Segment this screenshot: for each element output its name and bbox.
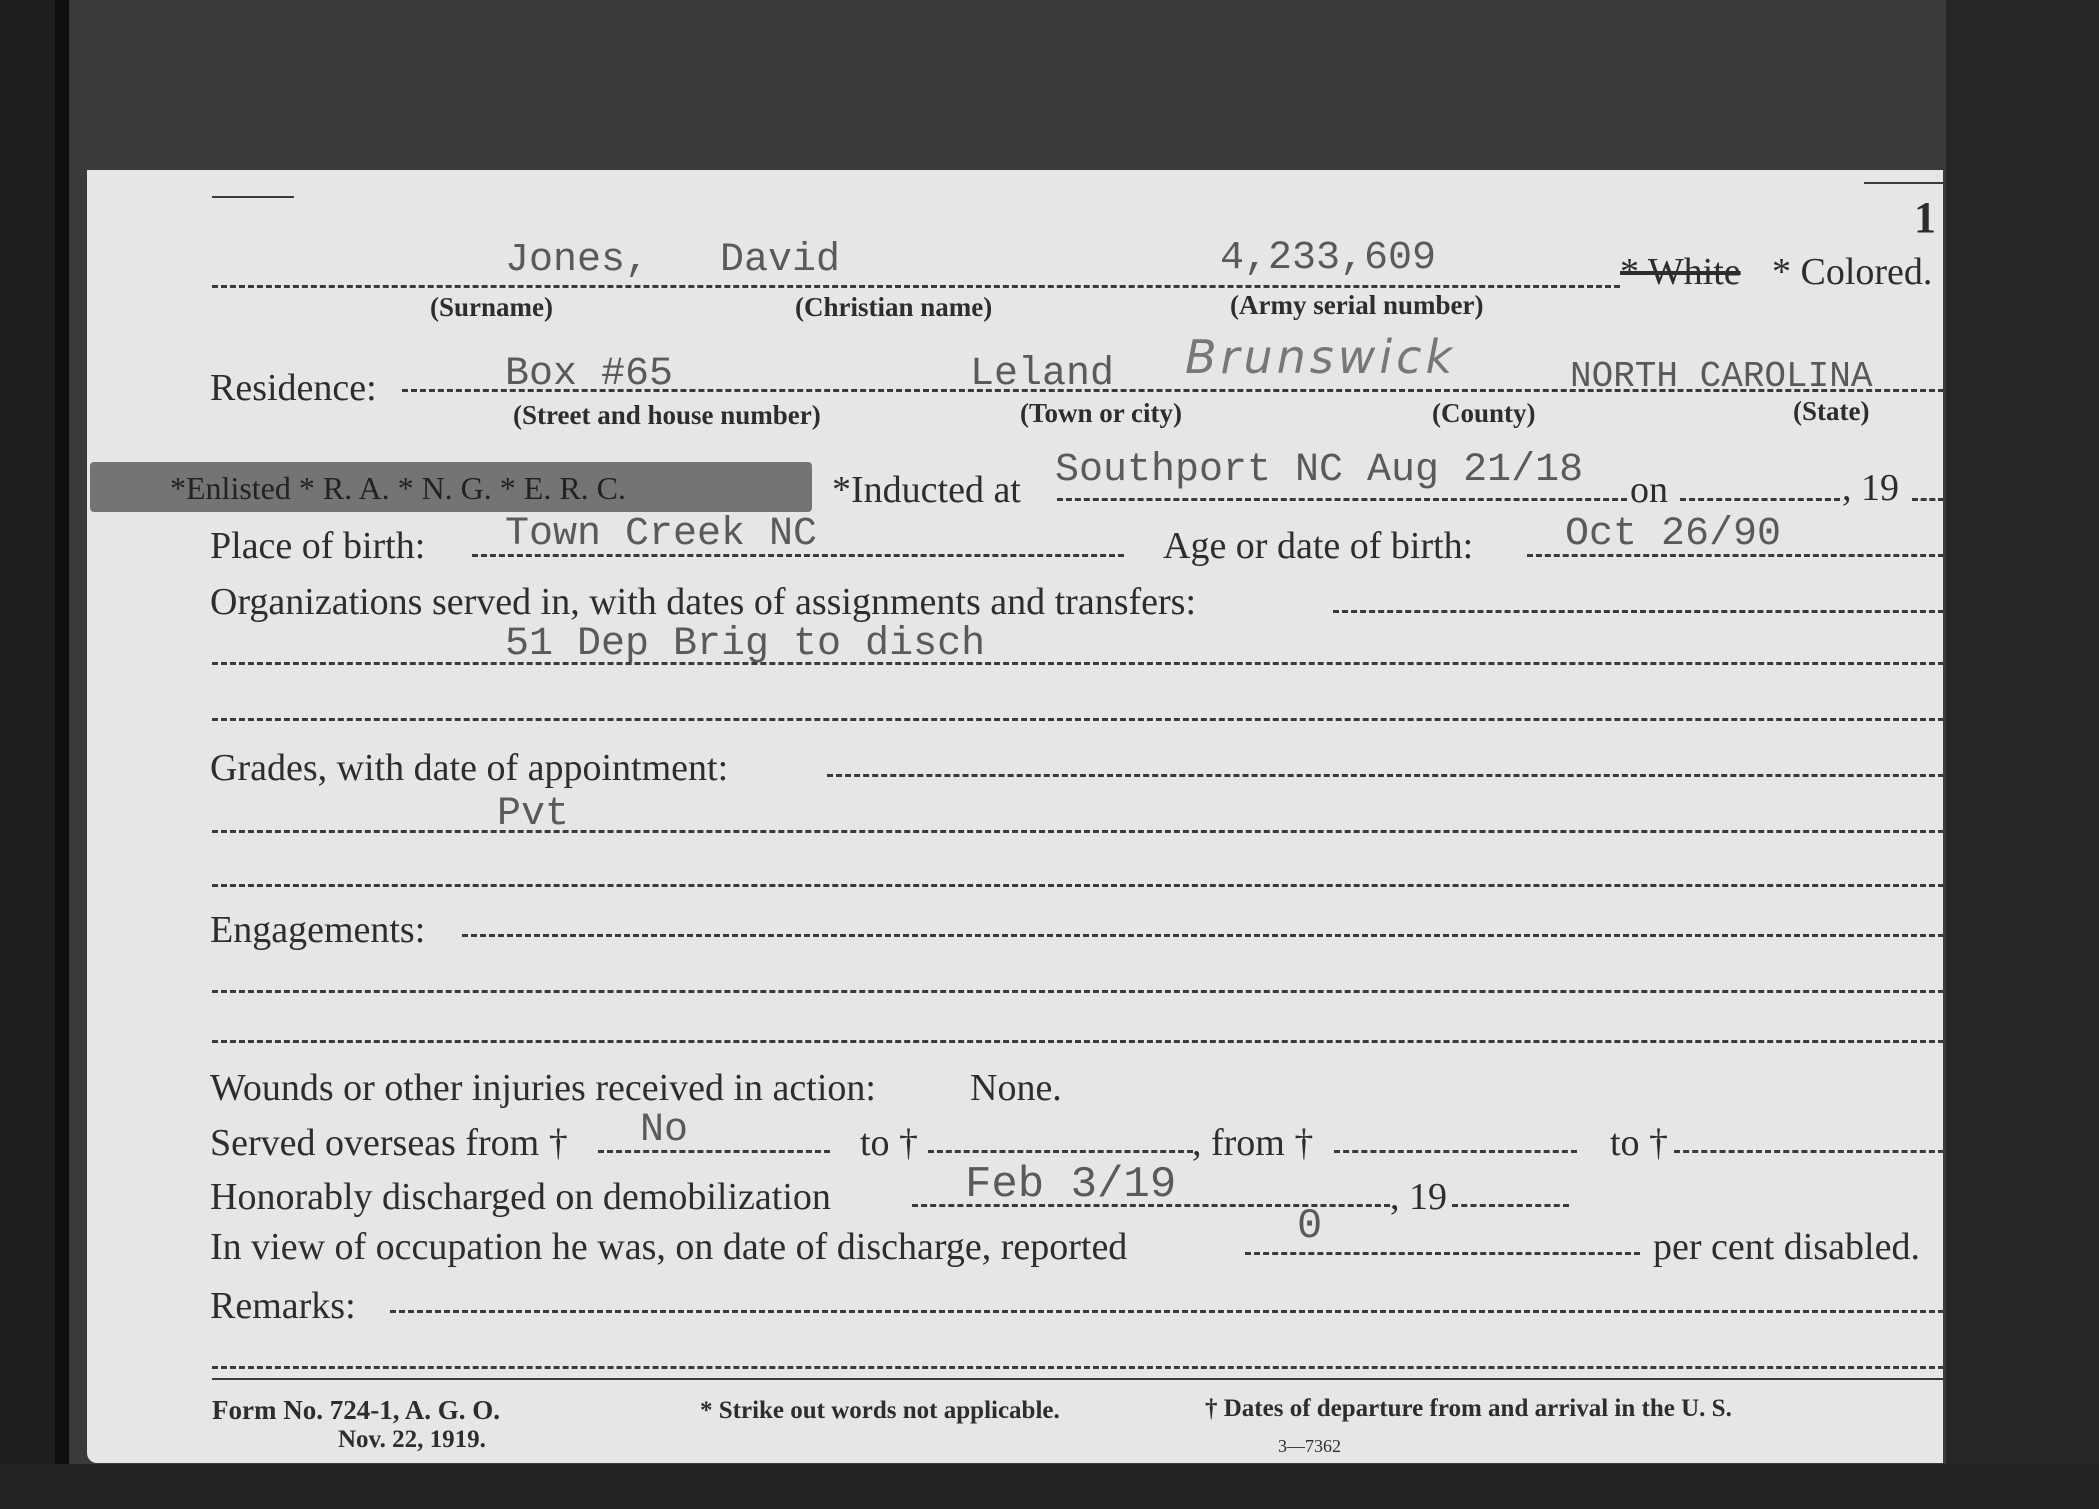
inducted-label: *Inducted at	[832, 468, 1021, 512]
on-label: on	[1630, 468, 1668, 512]
discharge-year-label: , 19	[1390, 1175, 1447, 1219]
race-white-text: * White	[1620, 251, 1741, 293]
organizations-label: Organizations served in, with dates of a…	[210, 580, 1196, 624]
engagements-line-1	[462, 934, 1944, 937]
disability-label: In view of occupation he was, on date of…	[210, 1225, 1127, 1269]
print-code: 3—7362	[1278, 1436, 1341, 1457]
disability-value: 0	[1297, 1202, 1322, 1250]
discharge-value: Feb 3/19	[965, 1160, 1176, 1210]
engagements-line-3	[212, 1040, 1944, 1043]
discharge-year-line	[1452, 1204, 1569, 1207]
state-caption: (State)	[1793, 396, 1869, 427]
corner-rule-right	[1864, 182, 1944, 184]
binder-left	[0, 0, 62, 1509]
surname-caption: (Surname)	[430, 292, 553, 323]
grades-label: Grades, with date of appointment:	[210, 746, 728, 790]
organizations-value: 51 Dep Brig to disch	[505, 622, 985, 667]
overseas-to2-label: to †	[1610, 1121, 1668, 1165]
christian-name-value: David	[720, 238, 840, 283]
birth-date-label: Age or date of birth:	[1163, 524, 1473, 568]
street-caption: (Street and house number)	[513, 400, 821, 431]
page-number: 1	[1914, 192, 1936, 243]
inducted-value: Southport NC Aug 21/18	[1055, 448, 1583, 493]
organizations-line-1	[1333, 610, 1944, 613]
binder-right	[1946, 0, 2099, 1509]
birth-date-value: Oct 26/90	[1565, 512, 1781, 557]
strike-note: * Strike out words not applicable.	[700, 1397, 1060, 1425]
birth-date-line	[1527, 554, 1944, 557]
race-option-white: * White	[1620, 250, 1741, 294]
disability-line	[1245, 1252, 1640, 1255]
discharge-label: Honorably discharged on demobilization	[210, 1175, 831, 1219]
race-option-colored: * Colored.	[1772, 250, 1932, 294]
town-caption: (Town or city)	[1020, 398, 1182, 429]
residence-label: Residence:	[210, 366, 377, 410]
grades-line-2	[212, 830, 1944, 833]
footer-rule	[212, 1378, 1944, 1380]
overseas-to-label: to †	[860, 1121, 918, 1165]
overseas-to2-line	[1674, 1150, 1944, 1153]
overseas-from2-line	[1334, 1150, 1577, 1153]
wounds-value: None.	[970, 1066, 1062, 1110]
residence-county-value: Brunswick	[1185, 330, 1456, 384]
surname-value: Jones,	[505, 238, 649, 283]
dates-note: † Dates of departure from and arrival in…	[1205, 1395, 1732, 1423]
binder-left-edge	[55, 0, 69, 1509]
birth-place-label: Place of birth:	[210, 524, 425, 568]
form-date: Nov. 22, 1919.	[338, 1426, 486, 1454]
engagements-line-2	[212, 990, 1944, 993]
remarks-label: Remarks:	[210, 1284, 356, 1328]
christian-name-caption: (Christian name)	[795, 292, 992, 323]
residence-line	[402, 389, 1944, 392]
birth-place-line	[472, 554, 1124, 557]
inducted-line	[1057, 498, 1627, 501]
enlistment-options: *Enlisted * R. A. * N. G. * E. R. C.	[170, 470, 626, 507]
overseas-from2-label: , from †	[1192, 1121, 1313, 1165]
serial-number-value: 4,233,609	[1220, 236, 1436, 281]
remarks-line-2	[212, 1366, 1944, 1369]
overseas-to-line	[928, 1150, 1193, 1153]
remarks-line-1	[390, 1310, 1944, 1313]
form-number: Form No. 724-1, A. G. O.	[212, 1395, 500, 1426]
binder-bottom	[0, 1464, 2099, 1509]
overseas-from-line	[598, 1150, 830, 1153]
engagements-label: Engagements:	[210, 908, 425, 952]
year-line	[1912, 498, 1944, 501]
overseas-label: Served overseas from †	[210, 1121, 568, 1165]
corner-rule-left	[212, 196, 294, 198]
birth-place-value: Town Creek NC	[505, 512, 817, 557]
wounds-label: Wounds or other injuries received in act…	[210, 1066, 876, 1110]
name-line	[212, 285, 1620, 288]
overseas-from-value: No	[640, 1108, 688, 1153]
organizations-line-2	[212, 662, 1944, 665]
organizations-line-3	[212, 718, 1944, 721]
county-caption: (County)	[1432, 398, 1536, 429]
on-line	[1680, 498, 1840, 501]
serial-caption: (Army serial number)	[1230, 290, 1483, 321]
grades-line-1	[827, 774, 1944, 777]
grades-line-3	[212, 884, 1944, 887]
disability-suffix: per cent disabled.	[1653, 1225, 1920, 1269]
year-label: , 19	[1842, 466, 1899, 510]
